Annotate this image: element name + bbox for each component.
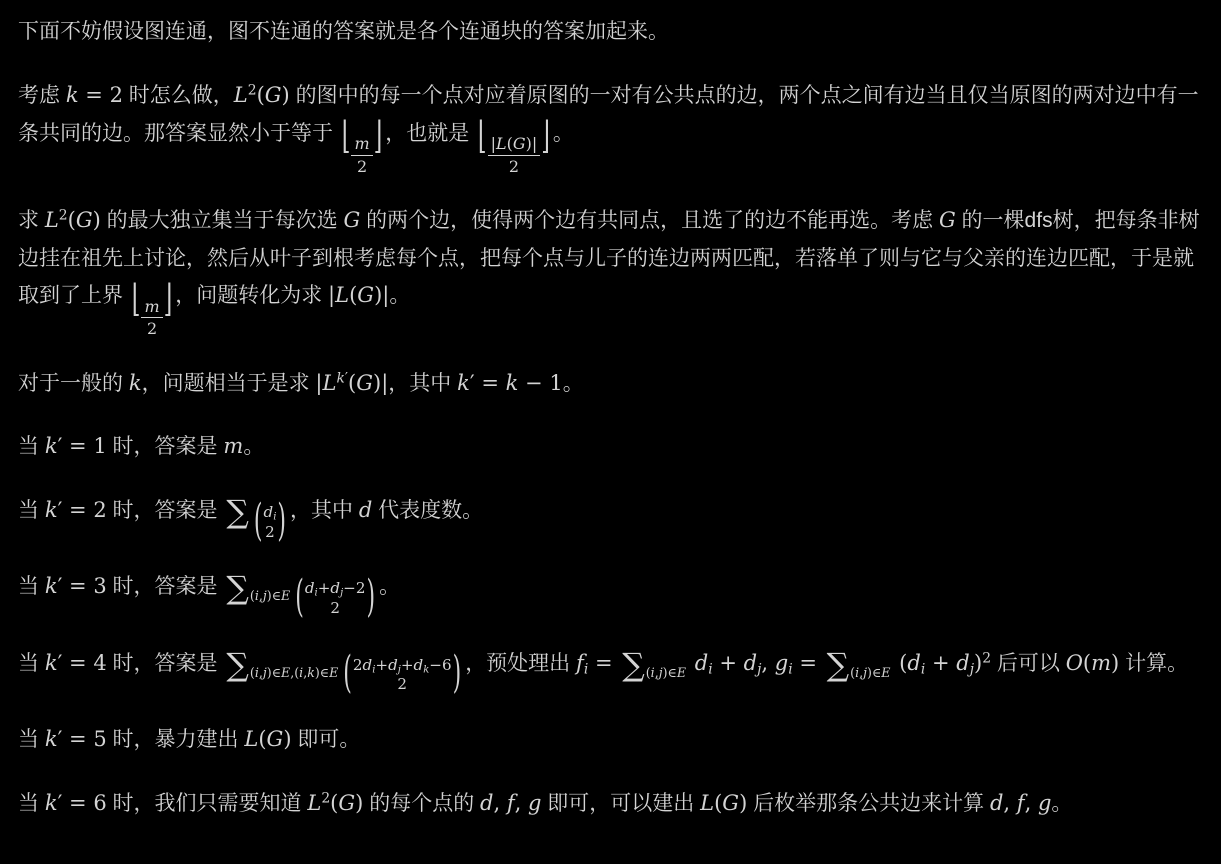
fraction-stack: m2 [351, 134, 372, 175]
binomial-stack: 2di+dj+dk−62 [353, 656, 452, 695]
floor-left-delimiter: ⌊ [342, 120, 351, 157]
text-run: ，也就是 [385, 122, 475, 145]
summation-limits: (i,j)∈E [646, 665, 686, 680]
floor-right-delimiter: ⌋ [541, 120, 550, 157]
open-paren: ( [254, 501, 263, 545]
text-run: 时，答案是 [107, 575, 224, 598]
text-run: 。 [1051, 792, 1072, 815]
binomial-stack: di2 [264, 503, 277, 542]
text-run: ，问题相当于是求 [142, 372, 316, 395]
subscript: i [788, 661, 792, 677]
text-run: 计算。 [1119, 652, 1188, 675]
math-run: fi = [576, 651, 619, 675]
math-run: d, f, g [990, 791, 1051, 815]
summation-limits: (i,j)∈E [850, 665, 890, 680]
math-run: L(G) [244, 727, 291, 751]
close-paren: ) [277, 501, 286, 545]
math-run: L2(G) [234, 83, 290, 107]
text-run: 的两个边，使得两个边有共同点，且选了的边不能再选。考虑 [360, 209, 939, 232]
numerator: m [351, 134, 372, 155]
text-run: ，预处理出 [465, 652, 576, 675]
text-run: 。 [389, 284, 410, 307]
text-run: 的最大独立集当于每次选 [101, 209, 344, 232]
text-run: 求 [18, 209, 45, 232]
binomial-bottom: 2 [397, 675, 407, 695]
denominator: 2 [354, 156, 370, 176]
binomial-bottom: 2 [330, 599, 340, 619]
text-run: 对于一般的 [18, 372, 129, 395]
text-run: 的每个点的 [363, 792, 480, 815]
math-run: k = 2 [66, 83, 123, 107]
summation: ∑(i,j)∈E [226, 574, 290, 598]
math-run: |L(G)| [328, 283, 389, 307]
math-run: G [343, 208, 360, 232]
page-background: { "page": { "background_color": "#000000… [0, 0, 1221, 864]
floor-right-delimiter: ⌋ [164, 282, 173, 319]
paragraph-7: 当 k′ = 3 时，答案是 ∑(i,j)∈E(di+dj−22)。 [18, 568, 1203, 618]
superscript: 2 [248, 82, 257, 98]
math-run: G [939, 208, 956, 232]
binomial: (di2) [253, 503, 287, 542]
text-run: 时，答案是 [107, 652, 224, 675]
binomial: (2di+dj+dk−62) [342, 656, 462, 695]
summation-limits: (i,j)∈E [250, 588, 290, 603]
numerator: |L(G)| [488, 134, 541, 155]
math-run: k′ = 1 [45, 434, 107, 458]
text-run: 。 [243, 435, 264, 458]
summation: ∑(i,j)∈E [827, 651, 891, 675]
text-run: 当 [18, 728, 45, 751]
math-run: k′ = 5 [45, 727, 107, 751]
paragraph-10: 当 k′ = 6 时，我们只需要知道 L2(G) 的每个点的 d, f, g 即… [18, 785, 1203, 823]
paragraph-4: 对于一般的 k，问题相当于是求 |Lk′(G)|，其中 k′ = k − 1。 [18, 365, 1203, 403]
math-run: k′ = 6 [45, 791, 107, 815]
math-run: k′ = 2 [45, 498, 107, 522]
paragraph-1: 下面不妨假设图连通，图不连通的答案就是各个连通块的答案加起来。 [18, 13, 1203, 51]
paragraph-3: 求 L2(G) 的最大独立集当于每次选 G 的两个边，使得两个边有共同点，且选了… [18, 202, 1203, 339]
sigma-icon: ∑ [622, 647, 645, 683]
text-run: 时，答案是 [107, 435, 224, 458]
binomial: (di+dj−22) [294, 579, 376, 618]
binomial-top: di+dj−2 [305, 579, 366, 599]
text-run: 考虑 [18, 84, 66, 107]
floor-left-delimiter: ⌊ [132, 282, 141, 319]
summation: ∑(i,j)∈E [622, 651, 686, 675]
math-run: k′ = k − 1 [457, 371, 563, 395]
subscript: i [708, 661, 712, 677]
math-run: L2(G) [307, 791, 363, 815]
text-run: 代表度数。 [372, 499, 483, 522]
fraction: ⌊m2⌋ [131, 277, 173, 338]
text-run: 后枚举那条公共边来计算 [747, 792, 990, 815]
fraction-stack: |L(G)|2 [488, 134, 541, 175]
math-run: L(G) [700, 791, 747, 815]
math-run: d [359, 498, 372, 522]
text-run: 当 [18, 435, 45, 458]
numerator: m [141, 297, 162, 318]
math-run: L2(G) [45, 208, 101, 232]
math-run: k′ = 3 [45, 574, 107, 598]
binomial-top: 2di+dj+dk−6 [353, 656, 452, 676]
text-run: 当 [18, 499, 45, 522]
superscript: k′ [336, 370, 348, 386]
text-run: 后可以 [991, 652, 1066, 675]
sigma-icon: ∑ [226, 647, 249, 683]
superscript: 2 [982, 650, 991, 666]
text-run: 即可，可以建出 [541, 792, 700, 815]
text-run: 当 [18, 575, 45, 598]
open-paren: ( [343, 653, 352, 697]
text-run: 当 [18, 792, 45, 815]
superscript: 2 [59, 207, 68, 223]
document-body: 下面不妨假设图连通，图不连通的答案就是各个连通块的答案加起来。 考虑 k = 2… [18, 13, 1203, 822]
text-run: 时，暴力建出 [107, 728, 245, 751]
text-run: 即可。 [292, 728, 361, 751]
sigma-icon: ∑ [827, 647, 850, 683]
superscript: 2 [321, 790, 330, 806]
summation-limits: (i,j)∈E,(i,k)∈E [250, 665, 338, 680]
math-run: (di + dj)2 [892, 651, 991, 675]
binomial-bottom: 2 [265, 523, 275, 543]
fraction: ⌊m2⌋ [341, 115, 383, 176]
floor-right-delimiter: ⌋ [374, 120, 383, 157]
fraction-stack: m2 [141, 297, 162, 338]
text-run: 当 [18, 652, 45, 675]
sigma-icon: ∑ [226, 495, 249, 531]
text-run: 时，答案是 [107, 499, 224, 522]
binomial-top: di [264, 503, 277, 523]
math-run: m [223, 434, 243, 458]
text-run: ，问题转化为求 [175, 284, 328, 307]
sigma-icon: ∑ [226, 571, 249, 607]
text-run: 时，我们只需要知道 [107, 792, 308, 815]
paragraph-6: 当 k′ = 2 时，答案是 ∑(di2)，其中 d 代表度数。 [18, 492, 1203, 542]
text-run: 。 [563, 372, 584, 395]
text-run: ，其中 [388, 372, 457, 395]
paragraph-8: 当 k′ = 4 时，答案是 ∑(i,j)∈E,(i,k)∈E(2di+dj+d… [18, 645, 1203, 695]
math-run: di + dj, gi = [688, 651, 824, 675]
binomial-stack: di+dj−22 [305, 579, 366, 618]
denominator: 2 [506, 156, 522, 176]
floor-left-delimiter: ⌊ [478, 120, 487, 157]
math-run: d, f, g [480, 791, 541, 815]
text-run: 时怎么做， [123, 84, 234, 107]
text-run: ，其中 [290, 499, 359, 522]
math-run: O(m) [1066, 651, 1120, 675]
close-paren: ) [453, 653, 462, 697]
math-run: k′ = 4 [45, 651, 107, 675]
open-paren: ( [295, 577, 304, 621]
subscript: i [273, 512, 276, 523]
paragraph-9: 当 k′ = 5 时，暴力建出 L(G) 即可。 [18, 721, 1203, 759]
text-run: 。 [553, 122, 574, 145]
math-run: k [129, 371, 142, 395]
math-run: |Lk′(G)| [315, 371, 388, 395]
summation: ∑ [226, 498, 249, 522]
paragraph-2: 考虑 k = 2 时怎么做，L2(G) 的图中的每一个点对应着原图的一对有公共点… [18, 77, 1203, 176]
paragraph-5: 当 k′ = 1 时，答案是 m。 [18, 428, 1203, 466]
close-paren: ) [366, 577, 375, 621]
summation: ∑(i,j)∈E,(i,k)∈E [226, 651, 338, 675]
text-run: 。 [379, 575, 400, 598]
text-run: 下面不妨假设图连通，图不连通的答案就是各个连通块的答案加起来。 [18, 20, 669, 43]
denominator: 2 [144, 318, 160, 338]
fraction: ⌊|L(G)|2⌋ [477, 115, 551, 176]
